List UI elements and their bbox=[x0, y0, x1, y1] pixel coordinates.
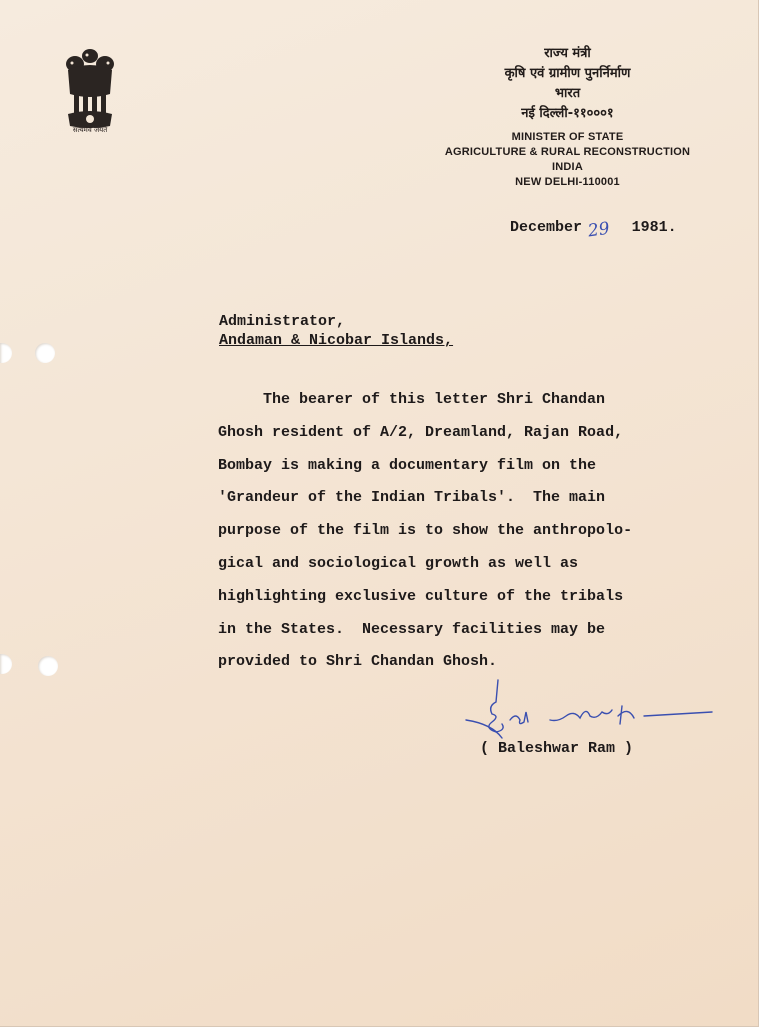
body-line: highlighting exclusive culture of the tr… bbox=[218, 581, 688, 614]
punch-hole bbox=[0, 343, 12, 363]
letterhead-english-city: NEW DELHI-110001 bbox=[430, 175, 705, 190]
letterhead-english-country: INDIA bbox=[430, 160, 705, 175]
addressee-title: Administrator, bbox=[219, 312, 453, 331]
body-line: Ghosh resident of A/2, Dreamland, Rajan … bbox=[218, 417, 688, 450]
letter-page: सत्यमेव जयते राज्य मंत्री कृषि एवं ग्राम… bbox=[0, 0, 759, 1027]
signer-name: ( Baleshwar Ram ) bbox=[480, 740, 633, 757]
letterhead-hindi-country: भारत bbox=[430, 84, 705, 104]
body-line: provided to Shri Chandan Ghosh. bbox=[218, 646, 688, 679]
date-year: 1981. bbox=[632, 219, 677, 236]
body-line: Bombay is making a documentary film on t… bbox=[218, 450, 688, 483]
addressee: Administrator, Andaman & Nicobar Islands… bbox=[219, 312, 453, 350]
date-day-handwritten: 29 bbox=[587, 219, 611, 242]
body-line: 'Grandeur of the Indian Tribals'. The ma… bbox=[218, 482, 688, 515]
body-line: in the States. Necessary facilities may … bbox=[218, 614, 688, 647]
letterhead-hindi-city: नई दिल्ली-११०००१ bbox=[430, 104, 705, 124]
letterhead-english-ministry: AGRICULTURE & RURAL RECONSTRUCTION bbox=[430, 145, 705, 160]
punch-hole bbox=[0, 654, 12, 674]
punch-hole bbox=[35, 343, 55, 363]
emblem-motto: सत्यमेव जयते bbox=[50, 126, 130, 135]
letterhead-english-title: MINISTER OF STATE bbox=[430, 130, 705, 145]
letterhead-hindi-ministry: कृषि एवं ग्रामीण पुनर्निर्माण bbox=[430, 64, 705, 84]
letterhead: राज्य मंत्री कृषि एवं ग्रामीण पुनर्निर्म… bbox=[430, 44, 705, 190]
body-line: purpose of the film is to show the anthr… bbox=[218, 515, 688, 548]
letterhead-hindi-title: राज्य मंत्री bbox=[430, 44, 705, 64]
body-line: The bearer of this letter Shri Chandan bbox=[218, 384, 688, 417]
addressee-location: Andaman & Nicobar Islands, bbox=[219, 331, 453, 350]
punch-hole bbox=[38, 656, 58, 676]
body-line: gical and sociological growth as well as bbox=[218, 548, 688, 581]
handwritten-signature bbox=[462, 676, 722, 746]
date-month: December bbox=[510, 219, 582, 236]
letter-date: December291981. bbox=[510, 216, 677, 236]
letter-body: The bearer of this letter Shri Chandan G… bbox=[218, 384, 688, 679]
